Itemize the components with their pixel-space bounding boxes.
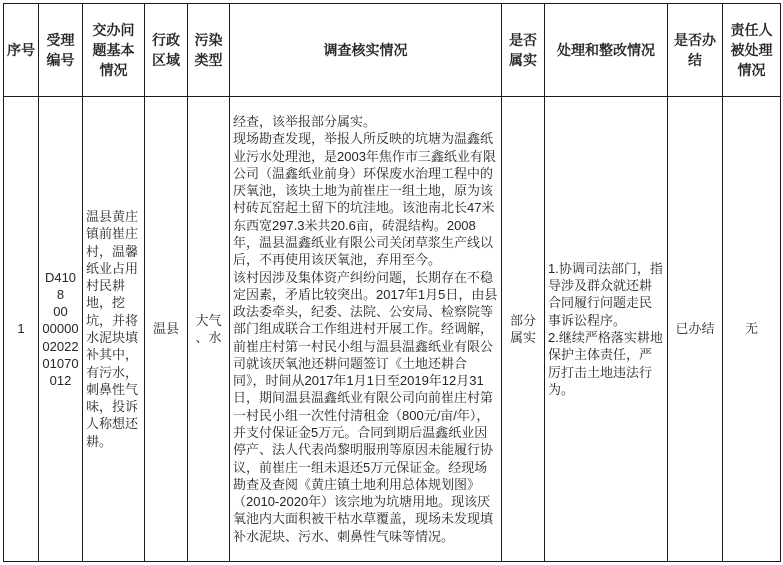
cell-problem: 温县黄庄镇前崔庄村，温馨纸业占用村民耕地，挖坑，并将水泥块填补其中，有污水，刺鼻…: [83, 97, 145, 562]
header-cell-acceptance-no: 受理 编号: [39, 4, 83, 97]
header-cell-handling: 处理和整改情况: [545, 4, 668, 97]
inspection-report-table: 序号 受理 编号 交办问 题基本 情况 行政 区域 污染 类型 调查核实情况 是…: [3, 3, 781, 562]
header-cell-verified: 是否 属实: [502, 4, 545, 97]
header-cell-accountable: 责任人 被处理 情况: [723, 4, 781, 97]
header-cell-region: 行政 区域: [145, 4, 188, 97]
header-cell-completed: 是否办 结: [668, 4, 723, 97]
header-cell-problem: 交办问 题基本 情况: [83, 4, 145, 97]
cell-index: 1: [4, 97, 39, 562]
table-header-row: 序号 受理 编号 交办问 题基本 情况 行政 区域 污染 类型 调查核实情况 是…: [4, 4, 781, 97]
cell-verified: 部分属实: [502, 97, 545, 562]
cell-completed: 已办结: [668, 97, 723, 562]
cell-pollution-type: 大气 、水: [188, 97, 230, 562]
header-cell-investigation: 调查核实情况: [230, 4, 502, 97]
header-cell-pollution-type: 污染 类型: [188, 4, 230, 97]
report-page: 序号 受理 编号 交办问 题基本 情况 行政 区域 污染 类型 调查核实情况 是…: [0, 0, 783, 565]
cell-region: 温县: [145, 97, 188, 562]
cell-accountable: 无: [723, 97, 781, 562]
header-cell-index: 序号: [4, 4, 39, 97]
cell-acceptance-no: D4108 00 00000 02022 01070 012: [39, 97, 83, 562]
cell-investigation: 经查，该举报部分属实。 现场勘查发现，举报人所反映的坑塘为温鑫纸业污水处理池，是…: [230, 97, 502, 562]
table-row: 1 D4108 00 00000 02022 01070 012 温县黄庄镇前崔…: [4, 97, 781, 562]
cell-handling: 1.协调司法部门，指导涉及群众就还耕合同履行问题走民事诉讼程序。 2.继续严格落…: [545, 97, 668, 562]
